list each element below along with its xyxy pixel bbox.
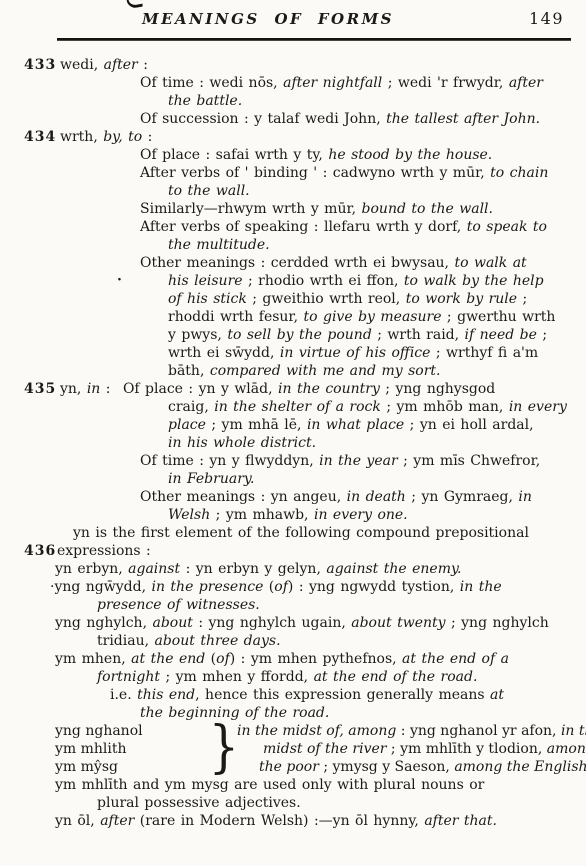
text-segment: wedi, bbox=[60, 57, 104, 73]
text-segment: Of place : safai wrth y ty, bbox=[140, 147, 328, 163]
italic-text-segment: this end bbox=[137, 687, 195, 703]
italic-text-segment: in virtue of his office bbox=[280, 345, 431, 361]
italic-text-segment: if need be bbox=[465, 327, 537, 343]
page-number: 149 bbox=[529, 9, 564, 28]
text-segment: bāth, bbox=[168, 363, 210, 379]
text-segment: , hence this expression generally means bbox=[195, 687, 490, 703]
text-line: Other meanings : cerdded wrth ei bwysau,… bbox=[0, 254, 586, 272]
text-line: rhoddi wrth fesur, to give by measure ; … bbox=[0, 308, 586, 326]
italic-text-segment: the poor bbox=[259, 759, 319, 775]
italic-text-segment: of his stick bbox=[168, 291, 247, 307]
italic-text-segment: to walk at bbox=[454, 255, 526, 271]
italic-text-segment: to speak to bbox=[467, 219, 547, 235]
text-line: craig, in the shelter of a rock ; ym mhō… bbox=[0, 398, 586, 416]
text-segment: : yng nghanol yr afon, bbox=[396, 723, 561, 739]
text-segment: Of time : wedi nōs, bbox=[140, 75, 283, 91]
text-segment: yn ōl, bbox=[55, 813, 100, 829]
text-segment: ym mhlīth and ym mysg are used only with… bbox=[55, 777, 484, 793]
text-segment: : yng nghylch ugain, bbox=[193, 615, 351, 631]
text-line: of his stick ; gweithio wrth reol, to wo… bbox=[0, 290, 586, 308]
brace-definition-line: midst of the river ; ym mhlīth y tlodion… bbox=[237, 740, 586, 758]
text-segment: ( bbox=[205, 651, 216, 667]
text-segment: ; ym mhawb, bbox=[210, 507, 314, 523]
text-line: fortnight ; ym mhen y ffordd, at the end… bbox=[0, 668, 586, 686]
brace-group: yng nghanolym mhlithym mŷsg}in the midst… bbox=[0, 722, 586, 776]
brace-definitions: in the midst of, among : yng nghanol yr … bbox=[231, 722, 586, 776]
text-segment: y pwys, bbox=[168, 327, 227, 343]
text-segment: ; ym mhen y ffordd, bbox=[160, 669, 314, 685]
text-line: plural possessive adjectives. bbox=[0, 794, 586, 812]
italic-text-segment: Welsh bbox=[168, 507, 210, 523]
text-segment: wrth, bbox=[60, 129, 103, 145]
text-line: the battle. bbox=[0, 92, 586, 110]
text-segment: Other meanings : cerdded wrth ei bwysau, bbox=[140, 255, 454, 271]
italic-text-segment: of bbox=[216, 651, 230, 667]
italic-text-segment: at bbox=[490, 687, 504, 703]
text-segment: Of time : yn y flwyddyn, bbox=[140, 453, 319, 469]
text-line: Welsh ; ym mhawb, in every one. bbox=[0, 506, 586, 524]
text-line: Of place : safai wrth y ty, he stood by … bbox=[0, 146, 586, 164]
text-segment: ym mhen, bbox=[55, 651, 131, 667]
text-segment: (rare in Modern Welsh) :—yn ōl hynny, bbox=[134, 813, 424, 829]
entry-head-line: 435yn, in : Of place : yn y wlād, in the… bbox=[0, 380, 586, 398]
brace-icon: } bbox=[209, 722, 229, 776]
text-segment: ; ym mhlīth y tlodion, bbox=[386, 741, 546, 757]
text-segment: tridiau, bbox=[97, 633, 155, 649]
italic-text-segment: to the wall. bbox=[168, 183, 250, 199]
text-segment: ; gweithio wrth reol, bbox=[247, 291, 406, 307]
entry-number: 433 bbox=[24, 56, 56, 74]
text-line: ym mhen, at the end (of) : ym mhen pythe… bbox=[0, 650, 586, 668]
text-segment: ; ym mhā lē, bbox=[206, 417, 307, 433]
text-segment: ; yng nghysgod bbox=[380, 381, 495, 397]
text-segment: yn is the first element of the following… bbox=[73, 525, 529, 541]
text-line: y pwys, to sell by the pound ; wrth raid… bbox=[0, 326, 586, 344]
text-block: 433wedi, after :Of time : wedi nōs, afte… bbox=[0, 56, 586, 830]
italic-text-segment: to sell by the pound bbox=[227, 327, 371, 343]
entry-head-line: 433wedi, after : bbox=[0, 56, 586, 74]
italic-text-segment: in February. bbox=[168, 471, 254, 487]
italic-text-segment: in the bbox=[561, 723, 586, 739]
text-line: in February. bbox=[0, 470, 586, 488]
text-segment: ; ym mhōb man, bbox=[381, 399, 509, 415]
italic-text-segment: in death bbox=[347, 489, 406, 505]
print-artifact bbox=[126, 0, 143, 9]
italic-text-segment: at the end of the road. bbox=[314, 669, 478, 685]
brace-term: ym mŷsg bbox=[55, 758, 207, 776]
brace-term: yng nghanol bbox=[55, 722, 207, 740]
italic-text-segment: in the presence bbox=[151, 579, 263, 595]
italic-text-segment: in the country bbox=[278, 381, 380, 397]
italic-text-segment: among the English. bbox=[454, 759, 586, 775]
text-line: Other meanings : yn angeu, in death ; yn… bbox=[0, 488, 586, 506]
text-line: in his whole district. bbox=[0, 434, 586, 452]
text-segment: : bbox=[138, 57, 148, 73]
italic-text-segment: in every bbox=[509, 399, 567, 415]
text-line: presence of witnesses. bbox=[0, 596, 586, 614]
italic-text-segment: place bbox=[168, 417, 206, 433]
italic-text-segment: the battle. bbox=[168, 93, 242, 109]
italic-text-segment: the multitude. bbox=[168, 237, 270, 253]
italic-text-segment: bound to the wall. bbox=[362, 201, 493, 217]
text-segment: Similarly—rhwym wrth y mūr, bbox=[140, 201, 362, 217]
text-segment: After verbs of ' binding ' : cadwyno wrt… bbox=[140, 165, 490, 181]
brace-definition-line: the poor ; ymysg y Saeson, among the Eng… bbox=[237, 758, 586, 776]
text-segment: rhoddi wrth fesur, bbox=[168, 309, 303, 325]
italic-text-segment: in what place bbox=[307, 417, 404, 433]
text-line: yn is the first element of the following… bbox=[0, 524, 586, 542]
italic-text-segment: he stood by the house. bbox=[328, 147, 492, 163]
text-line: yn erbyn, against : yn erbyn y gelyn, ag… bbox=[0, 560, 586, 578]
italic-text-segment: in bbox=[87, 381, 101, 397]
text-segment: wrth ei sw̄ydd, bbox=[168, 345, 280, 361]
italic-text-segment: fortnight bbox=[97, 669, 160, 685]
text-segment: ) : yng ngwydd tystion, bbox=[288, 579, 460, 595]
italic-text-segment: by, to bbox=[103, 129, 142, 145]
text-segment: ; wrthyf fi a'm bbox=[430, 345, 538, 361]
text-segment: expressions : bbox=[57, 543, 151, 559]
italic-text-segment: compared with me and my sort. bbox=[210, 363, 441, 379]
italic-text-segment: in the bbox=[460, 579, 502, 595]
text-segment: ; ym mīs Chwefror, bbox=[398, 453, 541, 469]
text-segment: yng nghylch, bbox=[55, 615, 152, 631]
entry-number: 434 bbox=[24, 128, 56, 146]
text-line: bāth, compared with me and my sort. bbox=[0, 362, 586, 380]
text-segment: ; wrth raid, bbox=[372, 327, 465, 343]
text-segment: ; gwerthu wrth bbox=[441, 309, 555, 325]
text-line: After verbs of ' binding ' : cadwyno wrt… bbox=[0, 164, 586, 182]
italic-text-segment: after that. bbox=[424, 813, 497, 829]
text-segment: : bbox=[142, 129, 152, 145]
italic-text-segment: at the end of a bbox=[402, 651, 509, 667]
text-segment: ; yn Gymraeg, bbox=[406, 489, 519, 505]
italic-text-segment: among bbox=[547, 741, 586, 757]
text-line: Of time : wedi nōs, after nightfall ; we… bbox=[0, 74, 586, 92]
italic-text-segment: against bbox=[128, 561, 180, 577]
italic-text-segment: after bbox=[100, 813, 134, 829]
text-line: i.e. this end, hence this expression gen… bbox=[0, 686, 586, 704]
text-line: After verbs of speaking : llefaru wrth y… bbox=[0, 218, 586, 236]
italic-text-segment: in the shelter of a rock bbox=[214, 399, 381, 415]
text-segment: : yn erbyn y gelyn, bbox=[180, 561, 326, 577]
text-line: to the wall. bbox=[0, 182, 586, 200]
text-segment: ( bbox=[263, 579, 274, 595]
book-page: MEANINGS OF FORMS 149 433wedi, after :Of… bbox=[0, 0, 586, 866]
text-segment: ; yng nghylch bbox=[446, 615, 549, 631]
text-segment: ; bbox=[517, 291, 527, 307]
italic-text-segment: in his whole district. bbox=[168, 435, 316, 451]
entry-head-line: 434wrth, by, to : bbox=[0, 128, 586, 146]
italic-text-segment: at the end bbox=[131, 651, 205, 667]
text-line: yng nghylch, about : yng nghylch ugain, … bbox=[0, 614, 586, 632]
text-line: Similarly—rhwym wrth y mūr, bound to the… bbox=[0, 200, 586, 218]
brace-terms: yng nghanolym mhlithym mŷsg bbox=[0, 722, 207, 776]
brace-term: ym mhlith bbox=[55, 740, 207, 758]
text-segment: i.e. bbox=[110, 687, 137, 703]
italic-text-segment: to give by measure bbox=[303, 309, 441, 325]
text-line: ·his leisure ; rhodio wrth ei ffon, to w… bbox=[0, 272, 586, 290]
text-segment: : Of place : yn y wlād, bbox=[100, 381, 278, 397]
text-line: Of time : yn y flwyddyn, in the year ; y… bbox=[0, 452, 586, 470]
text-line: ·yng ngw̄ydd, in the presence (of) : yng… bbox=[0, 578, 586, 596]
text-line: Of succession : y talaf wedi John, the t… bbox=[0, 110, 586, 128]
italic-text-segment: presence of witnesses. bbox=[97, 597, 260, 613]
text-line: yn ōl, after (rare in Modern Welsh) :—yn… bbox=[0, 812, 586, 830]
italic-text-segment: after bbox=[104, 57, 138, 73]
text-line: place ; ym mhā lē, in what place ; yn ei… bbox=[0, 416, 586, 434]
italic-text-segment: the tallest after John. bbox=[386, 111, 540, 127]
italic-text-segment: to walk by the help bbox=[404, 273, 544, 289]
italic-text-segment: midst of the river bbox=[263, 741, 386, 757]
entry-number: 435 bbox=[24, 380, 56, 398]
italic-text-segment: in the year bbox=[319, 453, 398, 469]
text-segment: plural possessive adjectives. bbox=[97, 795, 301, 811]
italic-text-segment: after nightfall bbox=[283, 75, 382, 91]
text-line: the multitude. bbox=[0, 236, 586, 254]
brace-definition-line: in the midst of, among : yng nghanol yr … bbox=[237, 722, 586, 740]
italic-text-segment: to work by rule bbox=[406, 291, 517, 307]
page-title: MEANINGS OF FORMS bbox=[40, 10, 496, 28]
text-segment: ) : ym mhen pythefnos, bbox=[230, 651, 402, 667]
italic-text-segment: of bbox=[274, 579, 288, 595]
italic-text-segment: after bbox=[509, 75, 543, 91]
italic-text-segment: his leisure bbox=[168, 273, 243, 289]
text-line: the beginning of the road. bbox=[0, 704, 586, 722]
text-line: tridiau, about three days. bbox=[0, 632, 586, 650]
italic-text-segment: to chain bbox=[490, 165, 548, 181]
italic-text-segment: in the midst of, among bbox=[237, 723, 396, 739]
text-segment: yn, bbox=[60, 381, 87, 397]
margin-dot-artifact: · bbox=[117, 271, 122, 289]
text-line: wrth ei sw̄ydd, in virtue of his office … bbox=[0, 344, 586, 362]
entry-head-line: 436expressions : bbox=[0, 542, 586, 560]
text-segment: ; bbox=[537, 327, 547, 343]
header-rule bbox=[57, 38, 571, 41]
text-segment: ; yn ei holl ardal, bbox=[404, 417, 533, 433]
entry-number: 436 bbox=[24, 542, 56, 560]
italic-text-segment: in every one. bbox=[314, 507, 408, 523]
italic-text-segment: in bbox=[518, 489, 532, 505]
text-line: ym mhlīth and ym mysg are used only with… bbox=[0, 776, 586, 794]
italic-text-segment: about twenty bbox=[351, 615, 445, 631]
text-segment: Of succession : y talaf wedi John, bbox=[140, 111, 386, 127]
text-segment: Other meanings : yn angeu, bbox=[140, 489, 347, 505]
text-segment: ; ymysg y Saeson, bbox=[319, 759, 454, 775]
text-segment: ; rhodio wrth ei ffon, bbox=[243, 273, 404, 289]
text-segment: yn erbyn, bbox=[55, 561, 128, 577]
italic-text-segment: about bbox=[152, 615, 192, 631]
text-segment: ; wedi 'r frwydr, bbox=[382, 75, 509, 91]
italic-text-segment: about three days. bbox=[155, 633, 281, 649]
text-segment: craig, bbox=[168, 399, 214, 415]
text-segment: After verbs of speaking : llefaru wrth y… bbox=[140, 219, 467, 235]
text-segment: ·yng ngw̄ydd, bbox=[50, 579, 151, 595]
italic-text-segment: against the enemy. bbox=[326, 561, 461, 577]
